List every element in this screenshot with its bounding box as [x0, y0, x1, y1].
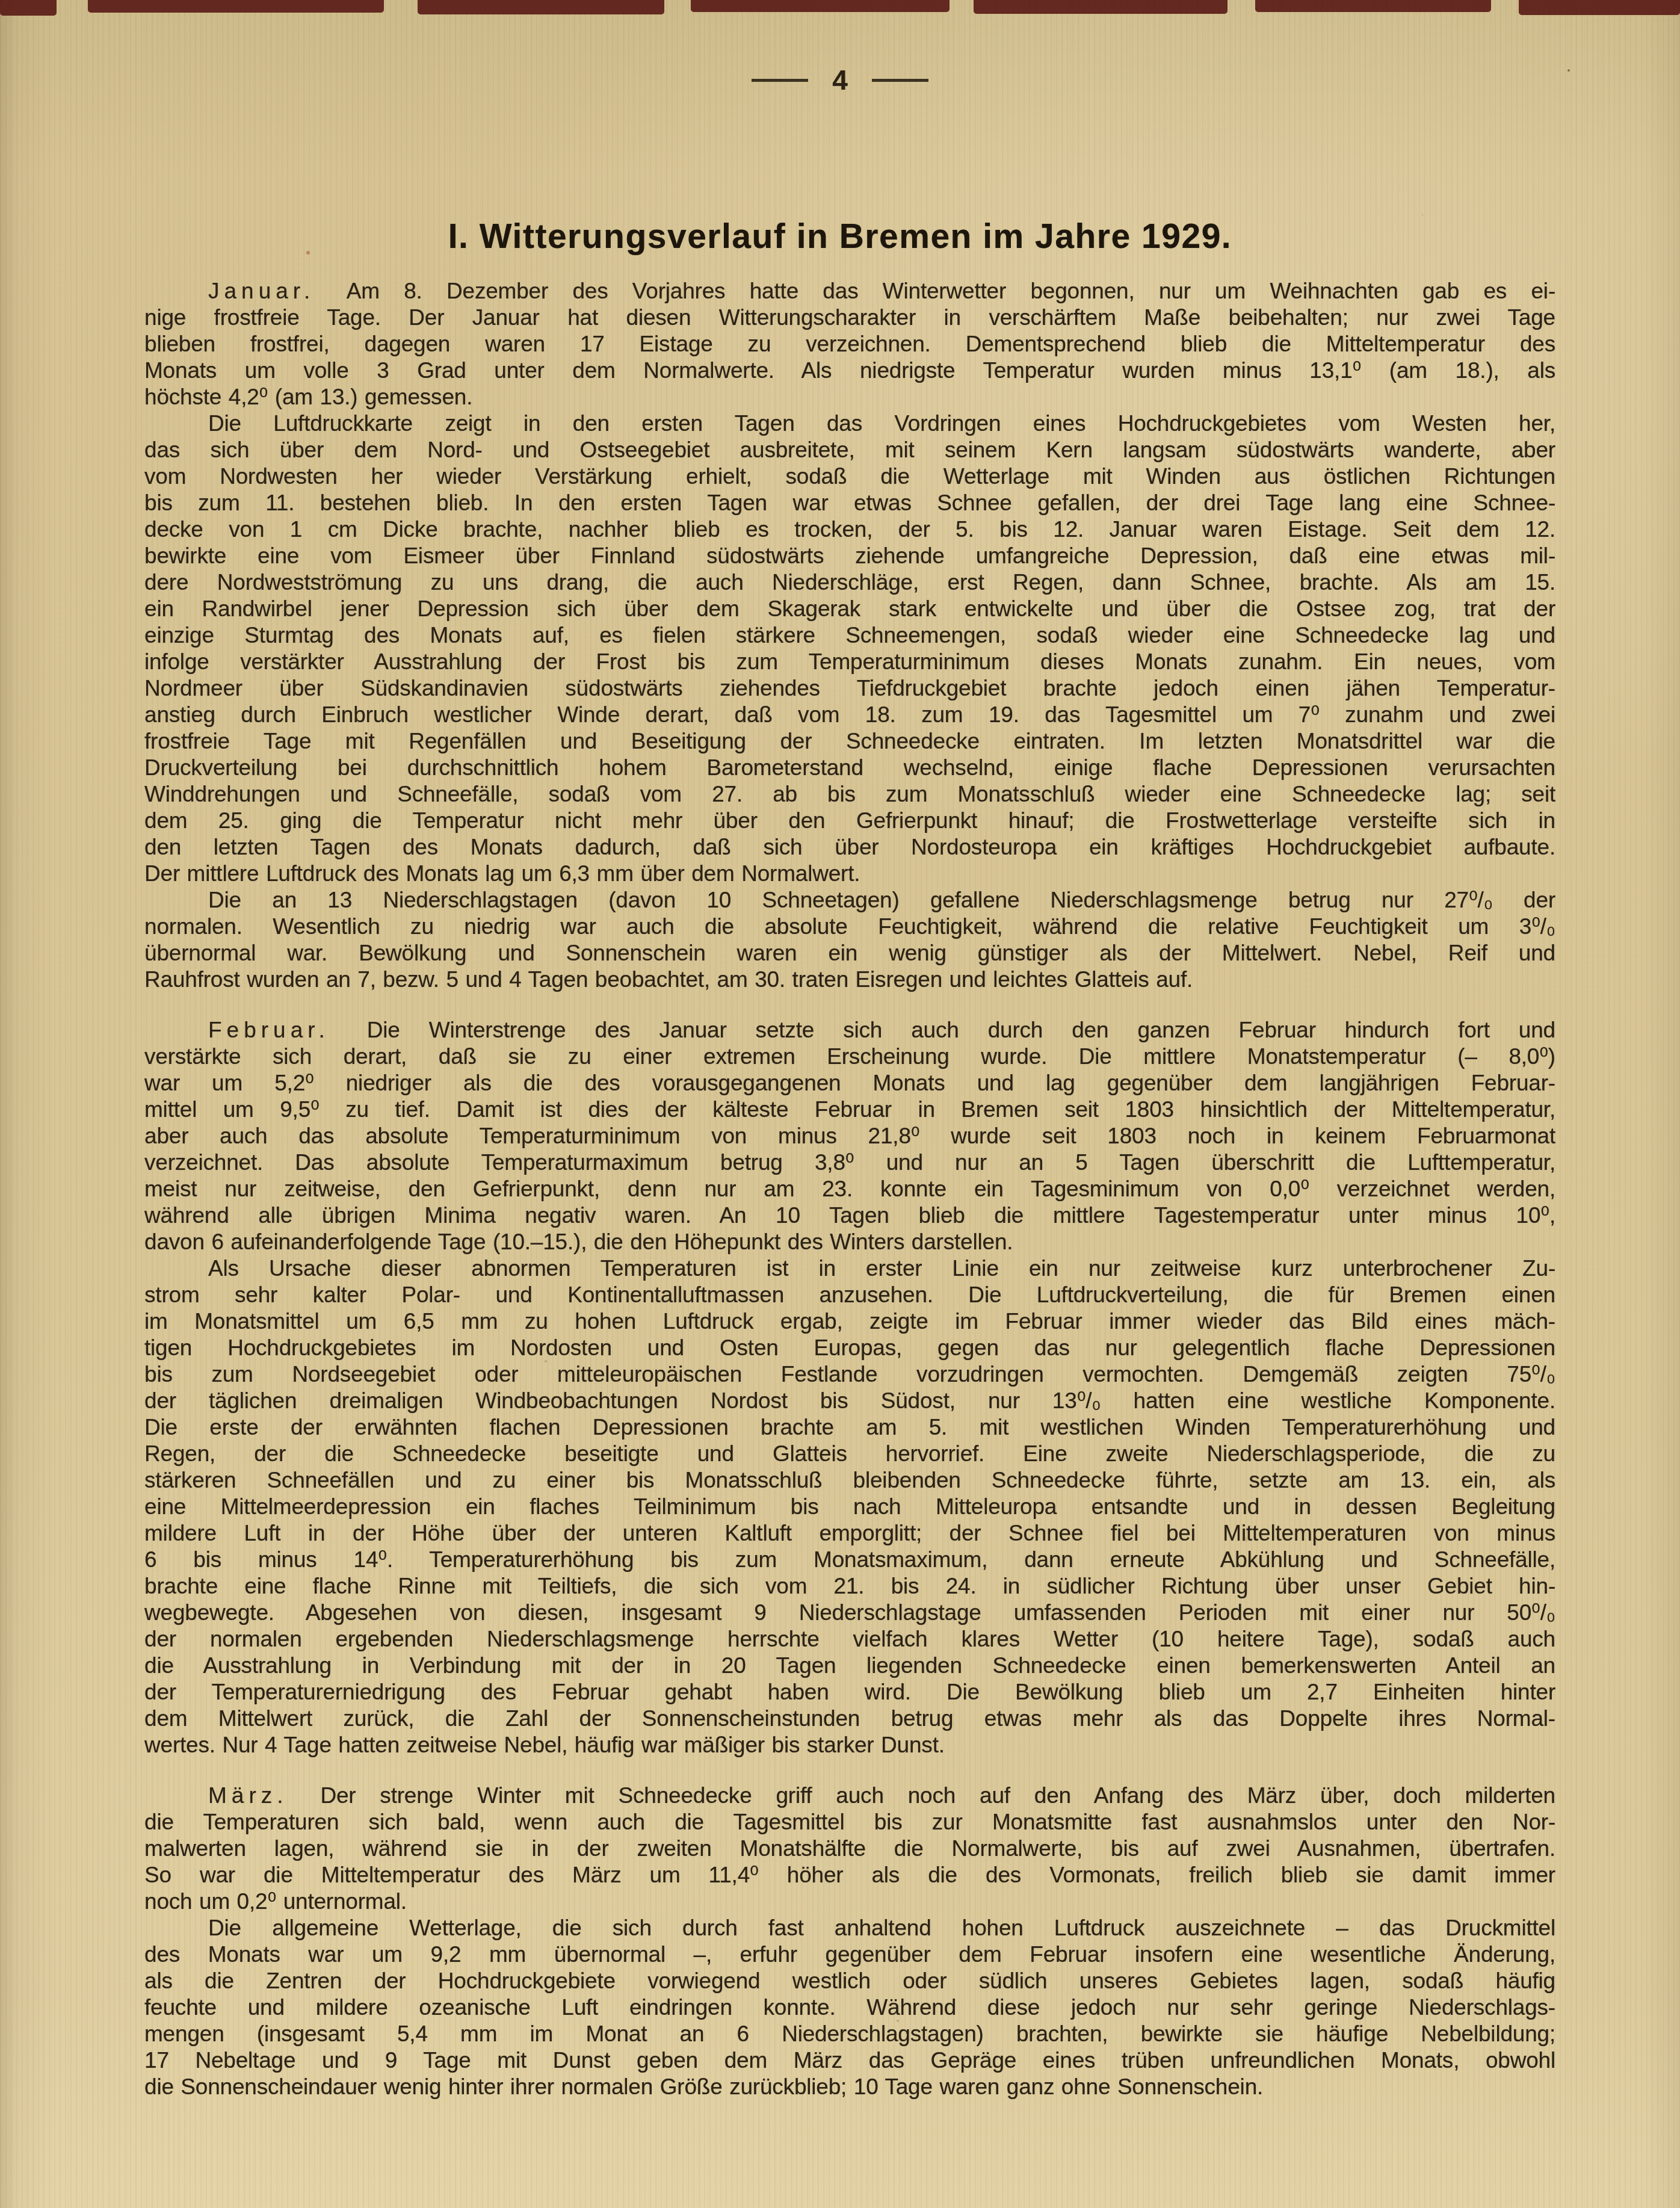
text-line: einzige Sturmtag des Monats auf, es fiel… — [144, 622, 1555, 649]
text-line: der Temperaturerniedrigung des Februar g… — [144, 1679, 1555, 1705]
text-line: das sich über dem Nord- und Ostseegebiet… — [144, 437, 1555, 463]
text-line: stärkeren Schneefällen und zu einer bis … — [144, 1467, 1555, 1494]
text-line: Regen, der die Schneedecke beseitigte un… — [144, 1441, 1555, 1467]
text-line: die Sonnenscheindauer wenig hinter ihrer… — [144, 2074, 1555, 2100]
edge-stain-mark — [691, 0, 950, 12]
text-line: aber auch das absolute Temperaturminimum… — [144, 1123, 1555, 1149]
text-line: war um 5,2⁰ niedriger als die des voraus… — [144, 1070, 1555, 1096]
text-line: dem Mittelwert zurück, die Zahl der Sonn… — [144, 1705, 1555, 1732]
text-line: die Ausstrahlung in Verbindung mit der i… — [144, 1653, 1555, 1679]
text-line: feuchte und mildere ozeanische Luft eind… — [144, 1994, 1555, 2021]
text-line: Monats um volle 3 Grad unter dem Normalw… — [144, 357, 1555, 384]
text-line: Die erste der erwähnten flachen Depressi… — [144, 1414, 1555, 1441]
text-line: wertes. Nur 4 Tage hatten zeitweise Nebe… — [144, 1732, 1555, 1758]
paragraph-januar-luftdruck: Die Luftdruckkarte zeigt in den ersten T… — [144, 410, 1555, 887]
text-line: bewirkte eine vom Eismeer über Finnland … — [144, 543, 1555, 569]
month-lead: Februar. — [208, 1018, 338, 1042]
text-line: eine Mittelmeerdepression ein flaches Te… — [144, 1494, 1555, 1520]
text-line: als die Zentren der Hochdruckgebiete vor… — [144, 1968, 1555, 1994]
month-lead: März. — [208, 1783, 297, 1808]
text-line: den letzten Tagen des Monats dadurch, da… — [144, 834, 1555, 861]
text-line: 17 Nebeltage und 9 Tage mit Dunst geben … — [144, 2047, 1555, 2074]
text-line: Winddrehungen und Schneefälle, sodaß vom… — [144, 781, 1555, 808]
text-line: davon 6 aufeinanderfolgende Tage (10.–15… — [144, 1229, 1555, 1255]
text-line: bis zum 11. bestehen blieb. In den erste… — [144, 490, 1555, 516]
text-line: malwerten lagen, während sie in der zwei… — [144, 1835, 1555, 1862]
text-line: dere Nordwestströmung zu uns drang, die … — [144, 569, 1555, 596]
text-line: Januar. Am 8. Dezember des Vorjahres hat… — [144, 278, 1555, 305]
paragraph-februar-ursache: Als Ursache dieser abnormen Temperaturen… — [144, 1255, 1555, 1758]
text-line: im Monatsmittel um 6,5 mm zu hohen Luftd… — [144, 1308, 1555, 1335]
text-line: des Monats war um 9,2 mm übernormal –, e… — [144, 1941, 1555, 1968]
text-line: Die an 13 Niederschlagstagen (davon 10 S… — [144, 887, 1555, 914]
text-line: tigen Hochdruckgebietes im Nordosten und… — [144, 1335, 1555, 1361]
text-line: infolge verstärkter Ausstrahlung der Fro… — [144, 649, 1555, 675]
text-line: höchste 4,2⁰ (am 13.) gemessen. — [144, 384, 1555, 410]
month-lead: Januar. — [208, 279, 323, 303]
paragraph-maerz: März. Der strenge Winter mit Schneedecke… — [144, 1783, 1555, 1915]
text-line: Nordmeer über Südskandinavien südostwärt… — [144, 675, 1555, 702]
text-line: meist nur zeitweise, den Gefrierpunkt, d… — [144, 1176, 1555, 1202]
text-line: Die Luftdruckkarte zeigt in den ersten T… — [144, 410, 1555, 437]
text-line: Februar. Die Winterstrenge des Januar se… — [144, 1017, 1555, 1044]
text-line: der täglichen dreimaligen Windbeobachtun… — [144, 1388, 1555, 1414]
edge-stain-mark — [974, 0, 1228, 14]
text-line: der normalen ergebenden Niederschlagsmen… — [144, 1626, 1555, 1653]
text-line: normalen. Wesentlich zu niedrig war auch… — [144, 914, 1555, 940]
paragraph-februar: Februar. Die Winterstrenge des Januar se… — [144, 1017, 1555, 1255]
page-number: 4 — [832, 64, 848, 96]
scanned-document-page: 4 I. Witterungsverlauf in Bremen im Jahr… — [0, 0, 1680, 2208]
edge-stain-mark — [88, 0, 384, 13]
text-line: mildere Luft in der Höhe über der untere… — [144, 1520, 1555, 1547]
text-line: wegbewegte. Abgesehen von diesen, insges… — [144, 1600, 1555, 1626]
text-line: 6 bis minus 14⁰. Temperaturerhöhung bis … — [144, 1547, 1555, 1573]
page-number-row: 4 — [0, 64, 1680, 96]
text-line: mittel um 9,5⁰ zu tief. Damit ist dies d… — [144, 1096, 1555, 1123]
edge-stain-mark — [0, 0, 57, 16]
edge-stain-mark — [1255, 0, 1491, 12]
text-line: So war die Mitteltemperatur des März um … — [144, 1862, 1555, 1888]
text-line: Rauhfrost wurden an 7, bezw. 5 und 4 Tag… — [144, 966, 1555, 993]
text-line: dem 25. ging die Temperatur nicht mehr ü… — [144, 808, 1555, 834]
text-line: Druckverteilung bei durchschnittlich hoh… — [144, 755, 1555, 781]
edge-stain-mark — [418, 0, 664, 14]
text-line: März. Der strenge Winter mit Schneedecke… — [144, 1783, 1555, 1809]
page-number-rule-left — [752, 79, 808, 82]
text-line: während alle übrigen Minima negativ ware… — [144, 1202, 1555, 1229]
text-line: die Temperaturen sich bald, wenn auch di… — [144, 1809, 1555, 1835]
text-line: nige frostfreie Tage. Der Januar hat die… — [144, 305, 1555, 331]
text-line: noch um 0,2⁰ unternormal. — [144, 1888, 1555, 1915]
text-line: ein Randwirbel jener Depression sich übe… — [144, 596, 1555, 622]
text-line: verstärkte sich derart, daß sie zu einer… — [144, 1044, 1555, 1070]
paragraph-januar-niederschlag: Die an 13 Niederschlagstagen (davon 10 S… — [144, 887, 1555, 993]
text-line: Als Ursache dieser abnormen Temperaturen… — [144, 1255, 1555, 1282]
text-line: Der mittlere Luftdruck des Monats lag um… — [144, 861, 1555, 887]
text-line: anstieg durch Einbruch westlicher Winde … — [144, 702, 1555, 728]
text-line: blieben frostfrei, dagegen waren 17 Eist… — [144, 331, 1555, 357]
text-line: übernormal war. Bewölkung und Sonnensche… — [144, 940, 1555, 966]
text-line: strom sehr kalter Polar- und Kontinental… — [144, 1282, 1555, 1308]
section-title: I. Witterungsverlauf in Bremen im Jahre … — [0, 217, 1680, 256]
text-line: decke von 1 cm Dicke brachte, nachher bl… — [144, 516, 1555, 543]
text-line: bis zum Nordseegebiet oder mitteleuropäi… — [144, 1361, 1555, 1388]
edge-stain-mark — [1519, 0, 1680, 15]
text-line: vom Nordwesten her wieder Verstärkung er… — [144, 463, 1555, 490]
paragraph-januar: Januar. Am 8. Dezember des Vorjahres hat… — [144, 278, 1555, 410]
page-number-rule-right — [872, 79, 928, 82]
text-body: Januar. Am 8. Dezember des Vorjahres hat… — [144, 278, 1555, 2100]
text-line: Die allgemeine Wetterlage, die sich durc… — [144, 1915, 1555, 1941]
text-line: mengen (insgesamt 5,4 mm im Monat an 6 N… — [144, 2021, 1555, 2047]
text-line: brachte eine flache Rinne mit Teiltiefs,… — [144, 1573, 1555, 1600]
text-line: frostfreie Tage mit Regenfällen und Bese… — [144, 728, 1555, 755]
text-line: verzeichnet. Das absolute Temperaturmaxi… — [144, 1149, 1555, 1176]
paragraph-maerz-wetterlage: Die allgemeine Wetterlage, die sich durc… — [144, 1915, 1555, 2100]
